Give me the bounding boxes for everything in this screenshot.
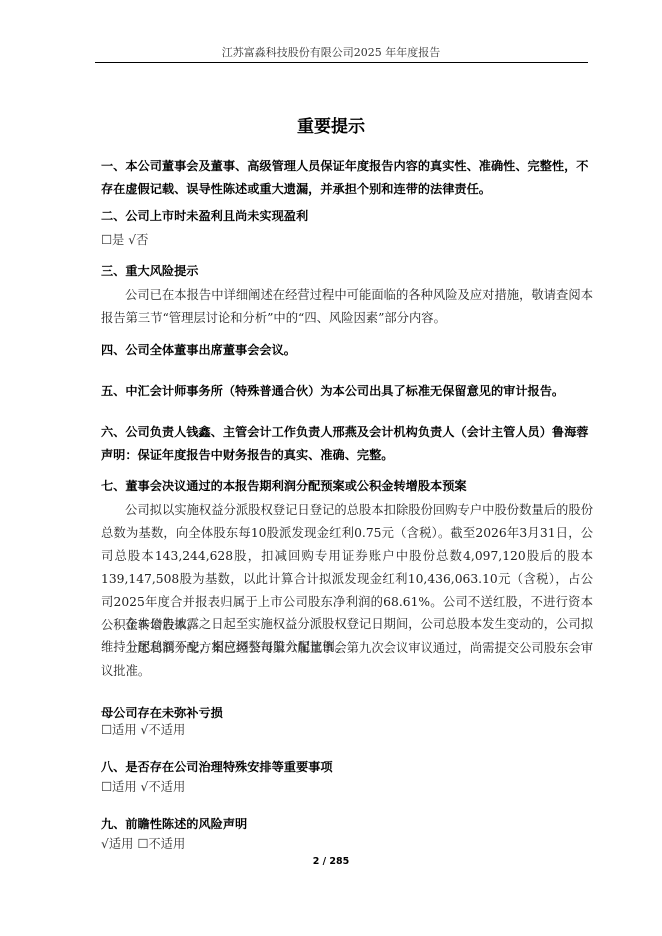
page-title: 重要提示: [0, 112, 662, 137]
section-6-heading: 六、公司负责人钱鑫、主管会计工作负责人邢燕及会计机构负责人（会计主管人员）鲁海蓉…: [101, 421, 593, 467]
section-7-para-3: 上述利润分配方案已经公司第六届董事会第九次会议审议通过，尚需提交公司股东会审议批…: [101, 637, 593, 683]
section-4-heading: 四、公司全体董事出席董事会会议。: [101, 339, 593, 362]
section-2-heading: 二、公司上市时未盈利且尚未实现盈利: [101, 205, 593, 228]
section-3-body: 公司已在本报告中详细阐述在经营过程中可能面临的各种风险及应对措施，敬请查阅本报告…: [101, 284, 593, 330]
section-8-options: ☐适用 √不适用: [101, 776, 593, 799]
section-7-heading: 七、董事会决议通过的本报告期利润分配预案或公积金转增股本预案: [101, 475, 593, 498]
page-number: 2 / 285: [0, 856, 662, 867]
page-header: 江苏富淼科技股份有限公司2025 年年度报告: [0, 44, 662, 60]
section-9-options: √适用 ☐不适用: [101, 833, 593, 856]
header-divider: [95, 62, 588, 63]
parent-loss-options: ☐适用 √不适用: [101, 719, 593, 742]
section-2-options: ☐是 √否: [101, 229, 593, 252]
section-5-heading: 五、中汇会计师事务所（特殊普通合伙）为本公司出具了标准无保留意见的审计报告。: [101, 380, 593, 403]
section-1-heading: 一、本公司董事会及董事、高级管理人员保证年度报告内容的真实性、准确性、完整性，不…: [101, 155, 593, 201]
section-3-heading: 三、重大风险提示: [101, 260, 593, 283]
